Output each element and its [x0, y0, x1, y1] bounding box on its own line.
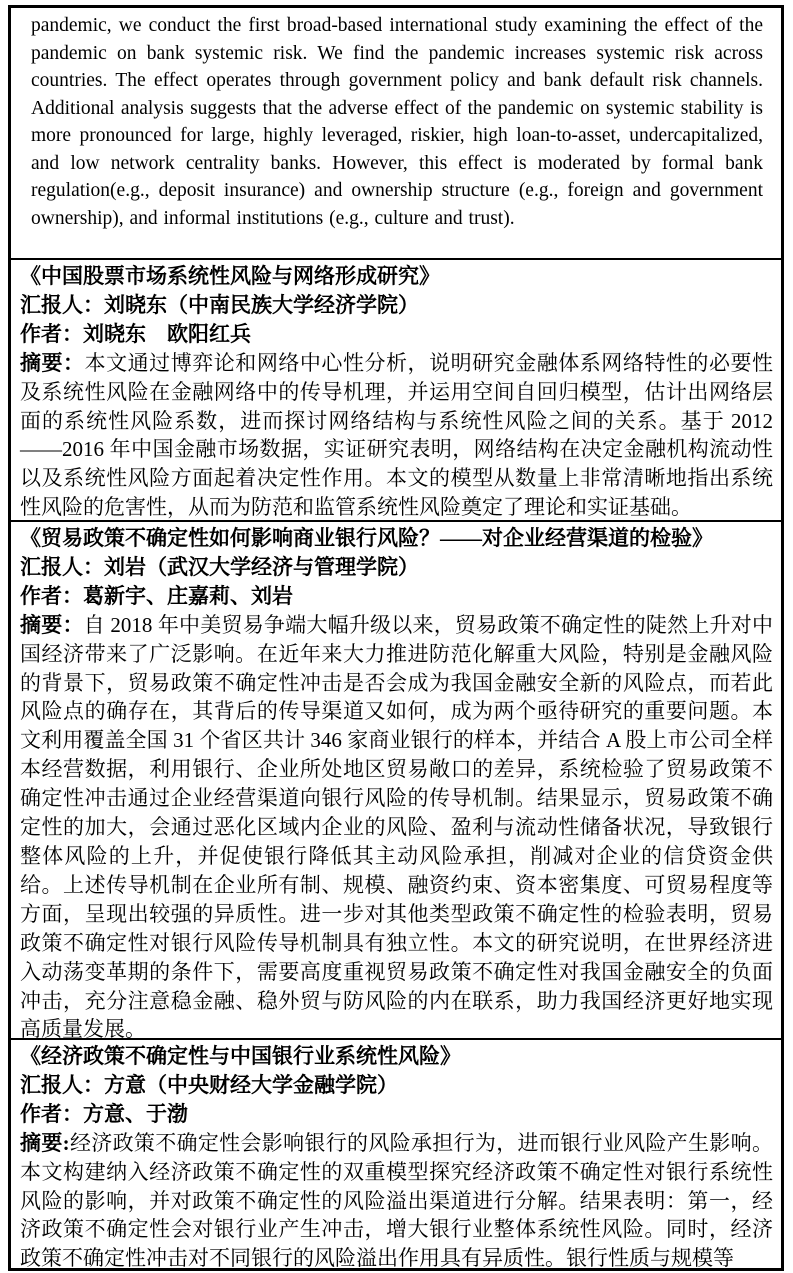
abstract-text: 自 2018 年中美贸易争端大幅升级以来，贸易政策不确定性的陡然上升对中国经济带…: [20, 613, 773, 1040]
abstract-label: 摘要：: [20, 351, 85, 375]
english-abstract-text: pandemic, we conduct the first broad-bas…: [31, 12, 763, 232]
paper-section-trade-policy-uncertainty: 《贸易政策不确定性如何影响商业银行风险？——对企业经营渠道的检验》 汇报人：刘岩…: [11, 522, 781, 1040]
abstract-label: 摘要:: [20, 1131, 70, 1155]
paper-section-economic-policy-uncertainty: 《经济政策不确定性与中国银行业系统性风险》 汇报人：方意（中央财经大学金融学院）…: [11, 1040, 781, 1268]
paper-title: 《中国股票市场系统性风险与网络形成研究》: [20, 262, 773, 291]
abstract-text: 本文通过博弈论和网络中心性分析，说明研究金融体系网络特性的必要性及系统性风险在金…: [20, 351, 773, 520]
abstract-label: 摘要：: [20, 613, 84, 637]
abstract-paragraph: 摘要：本文通过博弈论和网络中心性分析，说明研究金融体系网络特性的必要性及系统性风…: [20, 349, 773, 522]
authors-line: 作者：方意、于渤: [20, 1100, 773, 1129]
authors-line: 作者：葛新宇、庄嘉莉、刘岩: [20, 582, 773, 611]
paper-section-stock-market-network: 《中国股票市场系统性风险与网络形成研究》 汇报人：刘晓东（中南民族大学经济学院）…: [11, 260, 781, 522]
abstract-paragraph: 摘要：自 2018 年中美贸易争端大幅升级以来，贸易政策不确定性的陡然上升对中国…: [20, 611, 773, 1040]
abstract-text: 经济政策不确定性会影响银行的风险承担行为，进而银行业风险产生影响。本文构建纳入经…: [20, 1131, 773, 1268]
presenter-line: 汇报人：刘晓东（中南民族大学经济学院）: [20, 291, 773, 320]
english-abstract-section: pandemic, we conduct the first broad-bas…: [11, 8, 781, 260]
presenter-line: 汇报人：刘岩（武汉大学经济与管理学院）: [20, 553, 773, 582]
presenter-line: 汇报人：方意（中央财经大学金融学院）: [20, 1071, 773, 1100]
paper-title: 《经济政策不确定性与中国银行业系统性风险》: [20, 1042, 773, 1071]
paper-title: 《贸易政策不确定性如何影响商业银行风险？——对企业经营渠道的检验》: [20, 524, 773, 553]
abstract-paragraph: 摘要:经济政策不确定性会影响银行的风险承担行为，进而银行业风险产生影响。本文构建…: [20, 1129, 773, 1268]
authors-line: 作者：刘晓东 欧阳红兵: [20, 320, 773, 349]
conference-abstract-page: pandemic, we conduct the first broad-bas…: [0, 0, 793, 1273]
abstract-table: pandemic, we conduct the first broad-bas…: [8, 5, 784, 1271]
